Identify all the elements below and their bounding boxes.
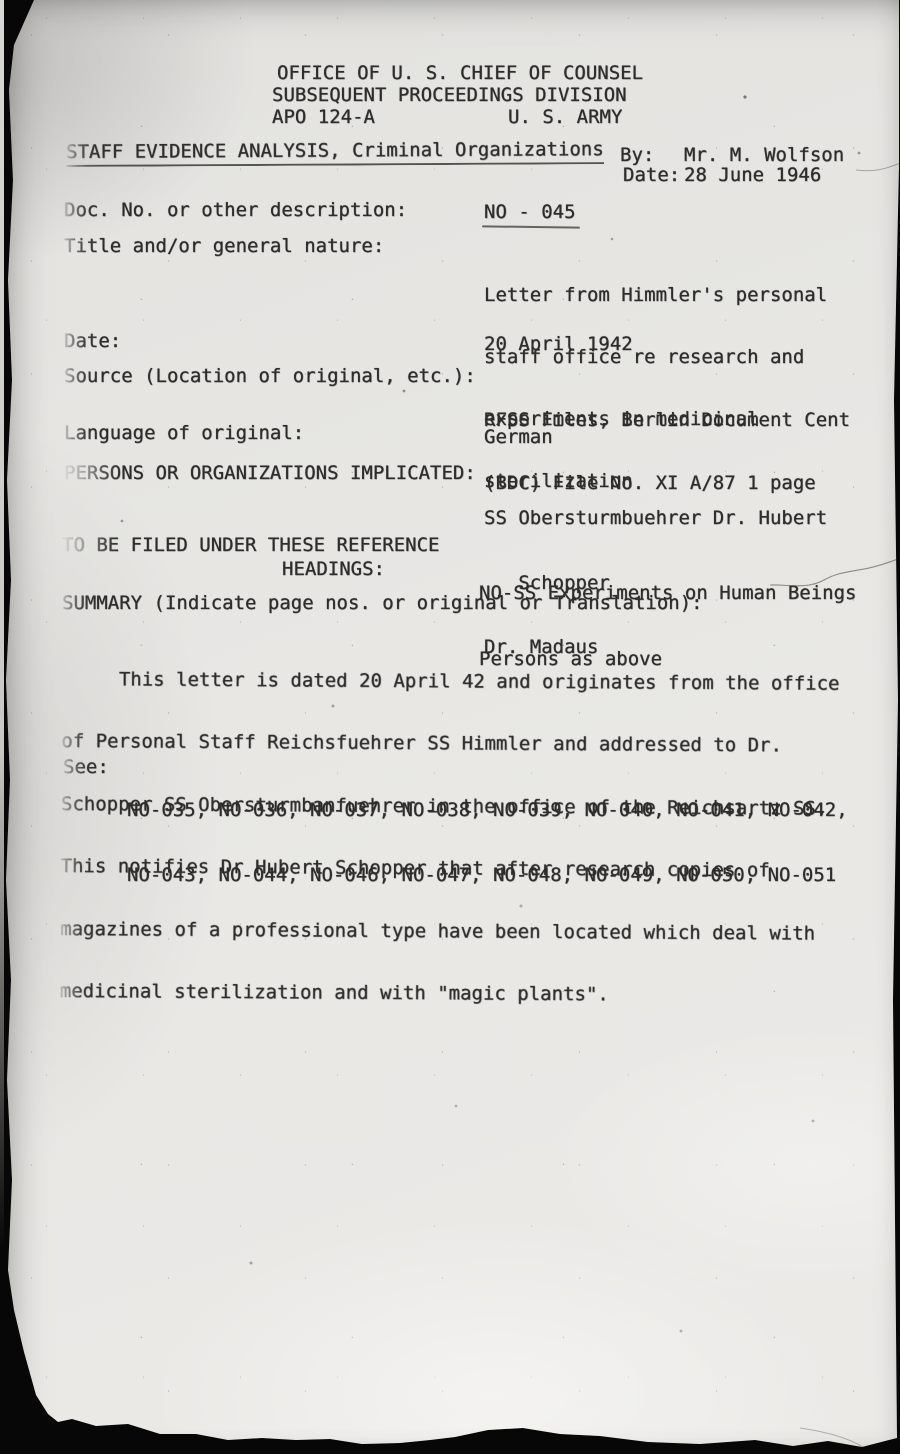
paper-tear-cracks — [0, 0, 900, 1454]
scanner-edge-sliver — [0, 0, 4, 1250]
document-paper: OFFICE OF U. S. CHIEF OF COUNSEL SUBSEQU… — [0, 0, 900, 1454]
